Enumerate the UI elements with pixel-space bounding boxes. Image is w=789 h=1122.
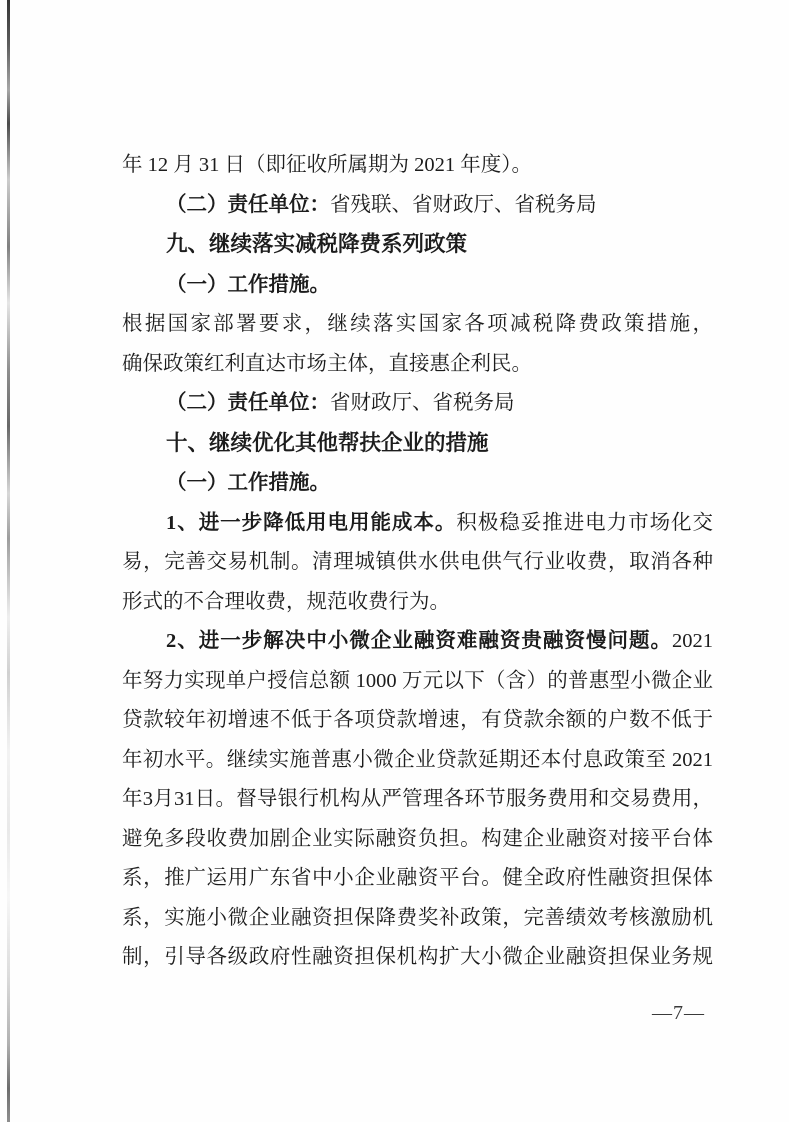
responsible-unit-label: （二）责任单位：: [166, 392, 330, 414]
body-line: 年 12 月 31 日（即征收所属期为 2021 年度）。: [122, 146, 713, 186]
body-run: 年3月31日。督导银行机构从严管理各环节服务费用和交易费用，: [122, 788, 713, 810]
section-10-heading: 十、继续优化其他帮扶企业的措施: [122, 424, 713, 465]
work-measures-heading: （一）工作措施。: [122, 464, 713, 504]
text-block: 年 12 月 31 日（即征收所属期为 2021 年度）。 （二）责任单位：省残…: [122, 146, 713, 978]
item-1-title: 1、进一步降低用电用能成本。: [166, 512, 456, 534]
item-2-line: 2、进一步解决中小微企业融资难融资贵融资慢问题。2021: [122, 622, 713, 662]
body-run: 2021: [672, 630, 713, 652]
body-run: 年努力实现单户授信总额 1000 万元以下（含）的普惠型小微企业: [122, 670, 713, 692]
body-line: 系，推广运用广东省中小企业融资平台。健全政府性融资担保体: [122, 859, 713, 899]
body-run: 避免多段收费加剧企业实际融资负担。构建企业融资对接平台体: [122, 828, 713, 850]
responsible-unit-line: （二）责任单位：省残联、省财政厅、省税务局: [122, 186, 713, 226]
body-run: 确保政策红利直达市场主体，直接惠企利民。: [122, 353, 532, 375]
body-line: 年努力实现单户授信总额 1000 万元以下（含）的普惠型小微企业: [122, 662, 713, 702]
body-run: 根据国家部署要求，继续落实国家各项减税降费政策措施，: [122, 313, 713, 335]
body-line: 易，完善交易机制。清理城镇供水供电供气行业收费，取消各种: [122, 543, 713, 583]
page-number: —7—: [652, 1001, 705, 1025]
body-line: 制，引导各级政府性融资担保机构扩大小微企业融资担保业务规: [122, 938, 713, 978]
responsible-unit-value: 省残联、省财政厅、省税务局: [330, 194, 597, 216]
body-run: 年 12 月 31 日（即征收所属期为 2021 年度）。: [122, 154, 532, 176]
heading-run: （一）工作措施。: [166, 274, 330, 296]
responsible-unit-line: （二）责任单位：省财政厅、省税务局: [122, 384, 713, 424]
section-9-heading: 九、继续落实减税降费系列政策: [122, 225, 713, 266]
body-run: 制，引导各级政府性融资担保机构扩大小微企业融资担保业务规: [122, 946, 713, 968]
body-run: 形式的不合理收费，规范收费行为。: [122, 591, 450, 613]
responsible-unit-label: （二）责任单位：: [166, 194, 330, 216]
scan-edge-artifact: [7, 0, 10, 1122]
body-line: 避免多段收费加剧企业实际融资负担。构建企业融资对接平台体: [122, 820, 713, 860]
body-line: 形式的不合理收费，规范收费行为。: [122, 583, 713, 623]
responsible-unit-value: 省财政厅、省税务局: [330, 392, 515, 414]
work-measures-heading: （一）工作措施。: [122, 266, 713, 306]
body-run: 贷款较年初增速不低于各项贷款增速，有贷款余额的户数不低于: [122, 709, 713, 731]
item-2-title: 2、进一步解决中小微企业融资难融资贵融资慢问题。: [166, 630, 672, 652]
body-run: 积极稳妥推进电力市场化交: [456, 512, 713, 534]
document-page: 年 12 月 31 日（即征收所属期为 2021 年度）。 （二）责任单位：省残…: [0, 0, 789, 1122]
heading-run: （一）工作措施。: [166, 472, 330, 494]
heading-run: 九、继续落实减税降费系列政策: [166, 232, 467, 256]
body-run: 系，推广运用广东省中小企业融资平台。健全政府性融资担保体: [122, 867, 713, 889]
body-run: 年初水平。继续实施普惠小微企业贷款延期还本付息政策至 2021: [122, 749, 713, 771]
body-line: 确保政策红利直达市场主体，直接惠企利民。: [122, 345, 713, 385]
body-run: 系，实施小微企业融资担保降费奖补政策，完善绩效考核激励机: [122, 907, 713, 929]
body-line: 年初水平。继续实施普惠小微企业贷款延期还本付息政策至 2021: [122, 741, 713, 781]
item-1-line: 1、进一步降低用电用能成本。积极稳妥推进电力市场化交: [122, 504, 713, 544]
body-line: 系，实施小微企业融资担保降费奖补政策，完善绩效考核激励机: [122, 899, 713, 939]
heading-run: 十、继续优化其他帮扶企业的措施: [166, 431, 489, 455]
body-line: 贷款较年初增速不低于各项贷款增速，有贷款余额的户数不低于: [122, 701, 713, 741]
body-run: 易，完善交易机制。清理城镇供水供电供气行业收费，取消各种: [122, 551, 713, 573]
body-line: 年3月31日。督导银行机构从严管理各环节服务费用和交易费用，: [122, 780, 713, 820]
body-line: 根据国家部署要求，继续落实国家各项减税降费政策措施，: [122, 305, 713, 345]
